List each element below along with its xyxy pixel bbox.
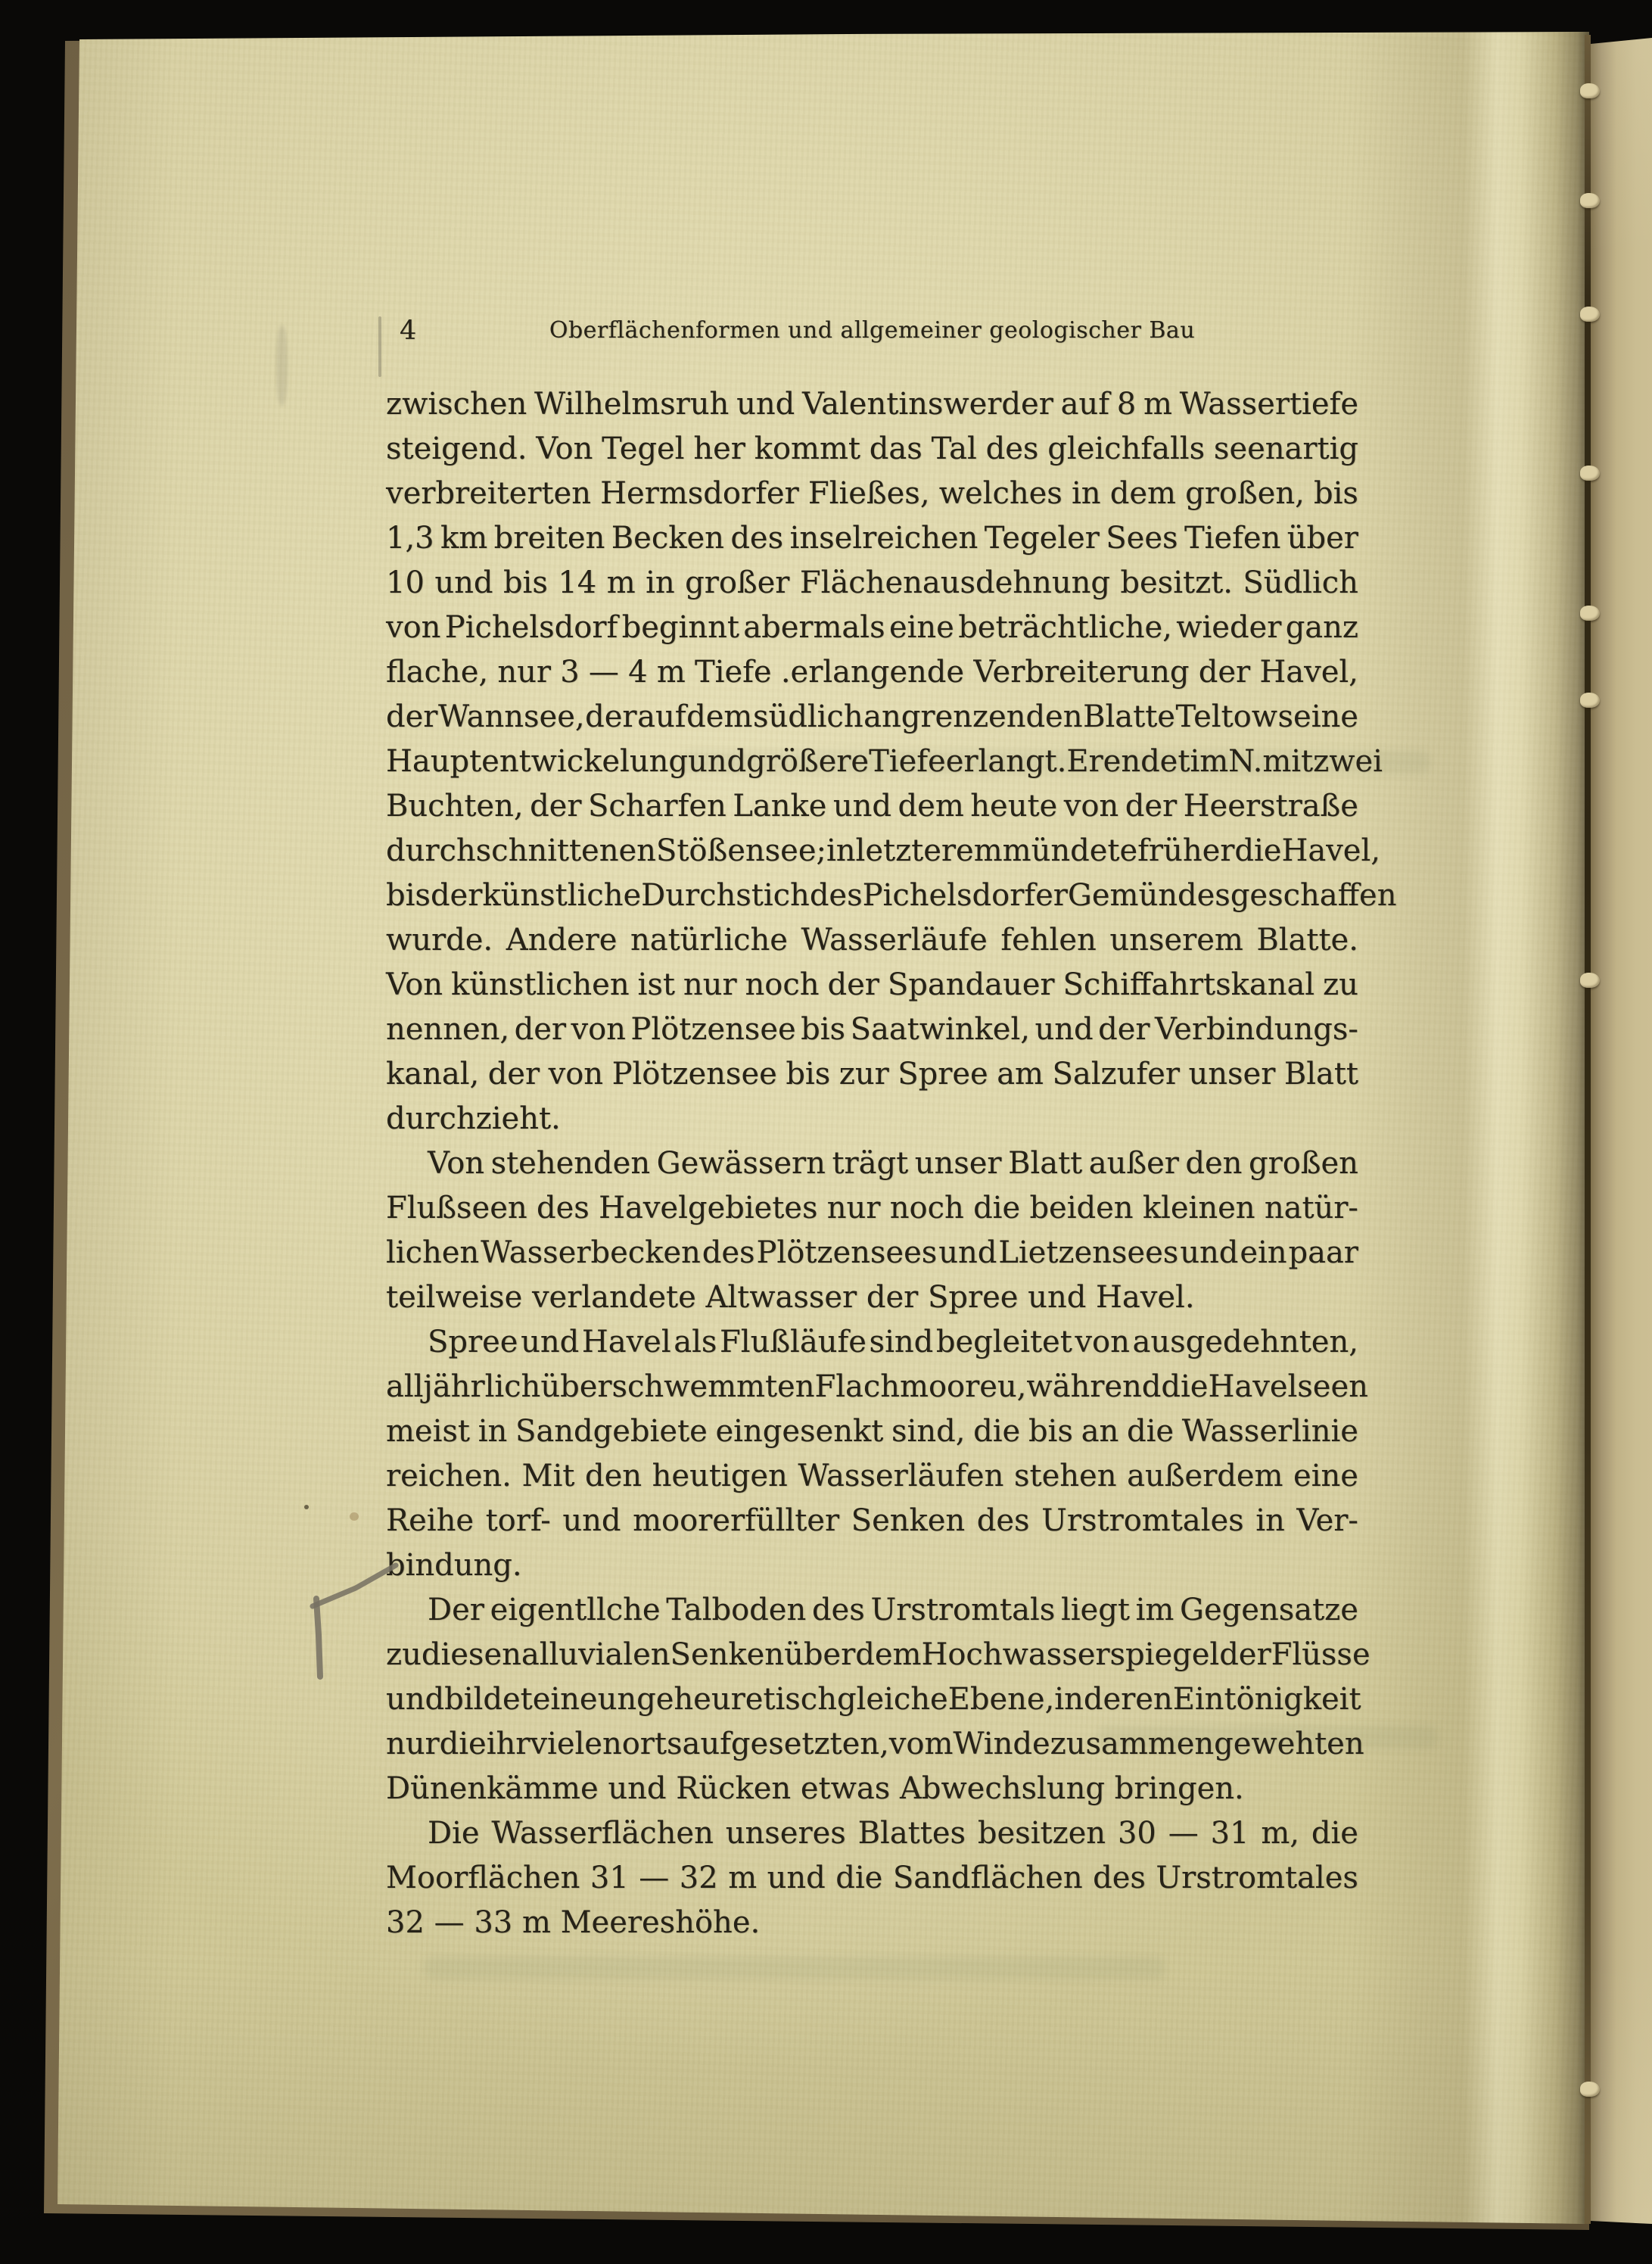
- text-line: nurdieihrvielenortsaufgesetzten,vomWinde…: [386, 1722, 1358, 1767]
- text-line: undbildeteineungeheuretischgleicheEbene,…: [386, 1677, 1358, 1722]
- binding-tear: [1580, 693, 1600, 708]
- gutter-shadow: [1347, 30, 1589, 2225]
- text-line: Dünenkämme und Rücken etwas Abwechslung …: [386, 1767, 1358, 1811]
- text-line: teilweise verlandete Altwasser der Spree…: [386, 1275, 1358, 1320]
- text-line: HauptentwickelungundgrößereTiefeerlangt.…: [386, 740, 1358, 784]
- binding-crevice: [1585, 35, 1591, 2224]
- text-line: flache,nur3—4mTiefe.erlangendeVerbreiter…: [386, 650, 1358, 695]
- text-line: nennen,dervonPlötzenseebisSaatwinkel,und…: [386, 1007, 1358, 1052]
- binding-tear: [1580, 606, 1600, 621]
- text-block: zwischenWilhelmsruhundValentinswerderauf…: [386, 382, 1358, 1945]
- text-line: Buchten,derScharfenLankeunddemheutevonde…: [386, 784, 1358, 829]
- text-line: 10undbis14mingroßerFlächenausdehnungbesi…: [386, 561, 1358, 606]
- running-header: Oberflächenformen und allgemeiner geolog…: [386, 313, 1358, 348]
- binding-tear: [1580, 2082, 1600, 2097]
- text-line: FlußseendesHavelgebietesnurnochdiebeiden…: [386, 1186, 1358, 1231]
- stray-pencil-line: [378, 316, 381, 377]
- text-line: 1,3kmbreitenBeckendesinselreichenTegeler…: [386, 516, 1358, 561]
- text-line: 32 — 33 m Meereshöhe.: [386, 1901, 1358, 1945]
- binding-tear: [1580, 193, 1600, 208]
- text-line: verbreitertenHermsdorferFließes,welchesi…: [386, 472, 1358, 516]
- text-line: VonkünstlichenistnurnochderSpandauerSchi…: [386, 963, 1358, 1007]
- book-page: 4 Oberflächenformen und allgemeiner geol…: [53, 30, 1589, 2225]
- binding-tear: [1580, 973, 1600, 988]
- binding-tear: [1580, 466, 1600, 481]
- text-line: kanal,dervonPlötzenseebiszurSpreeamSalzu…: [386, 1052, 1358, 1097]
- binding-tear: [1580, 83, 1600, 98]
- text-line: durchzieht.: [386, 1097, 1358, 1141]
- next-page-edge: [1591, 38, 1652, 2224]
- page-header: 4 Oberflächenformen und allgemeiner geol…: [386, 313, 1358, 348]
- paper-speck: [350, 1512, 359, 1521]
- text-line: VonstehendenGewässernträgtunserBlattauße…: [386, 1141, 1358, 1186]
- text-line: meistinSandgebieteeingesenktsind,diebisa…: [386, 1409, 1358, 1454]
- text-line: Reihetorf-undmoorerfüllterSenkendesUrstr…: [386, 1499, 1358, 1543]
- text-line: zwischenWilhelmsruhundValentinswerderauf…: [386, 382, 1358, 427]
- faint-smudge: [276, 325, 288, 406]
- text-line: SpreeundHavelalsFlußläufesindbegleitetvo…: [386, 1320, 1358, 1365]
- text-line: wurde.AnderenatürlicheWasserläufefehlenu…: [386, 918, 1358, 963]
- binding-tear: [1580, 307, 1600, 322]
- text-line: derWannsee,deraufdemsüdlichangrenzendenB…: [386, 695, 1358, 740]
- text-line: DieWasserflächenunseresBlattesbesitzen30…: [386, 1811, 1358, 1856]
- text-line: steigend.VonTegelherkommtdasTaldesgleich…: [386, 427, 1358, 472]
- text-line: vonPichelsdorfbeginntabermalseinebeträch…: [386, 606, 1358, 650]
- text-line: DereigentllcheTalbodendesUrstromtalslieg…: [386, 1588, 1358, 1633]
- text-line: Moorflächen31—32munddieSandflächendesUrs…: [386, 1856, 1358, 1901]
- text-line: alljährlichüberschwemmtenFlachmooreu,wäh…: [386, 1365, 1358, 1409]
- text-line: reichen.MitdenheutigenWasserläufenstehen…: [386, 1454, 1358, 1499]
- paper-speck: [304, 1505, 309, 1509]
- text-line: bindung.: [386, 1543, 1358, 1588]
- text-line: bisderkünstlicheDurchstichdesPichelsdorf…: [386, 874, 1358, 918]
- show-through-smudge: [424, 1957, 1165, 1979]
- margin-pencil-mark: [303, 1552, 416, 1703]
- text-line: zudiesenalluvialenSenkenüberdemHochwasse…: [386, 1633, 1358, 1677]
- text-line: durchschnittenenStößensee;inletzteremmün…: [386, 829, 1358, 874]
- text-line: lichenWasserbeckendesPlötzenseesundLietz…: [386, 1231, 1358, 1275]
- book-scan: 4 Oberflächenformen und allgemeiner geol…: [0, 0, 1652, 2264]
